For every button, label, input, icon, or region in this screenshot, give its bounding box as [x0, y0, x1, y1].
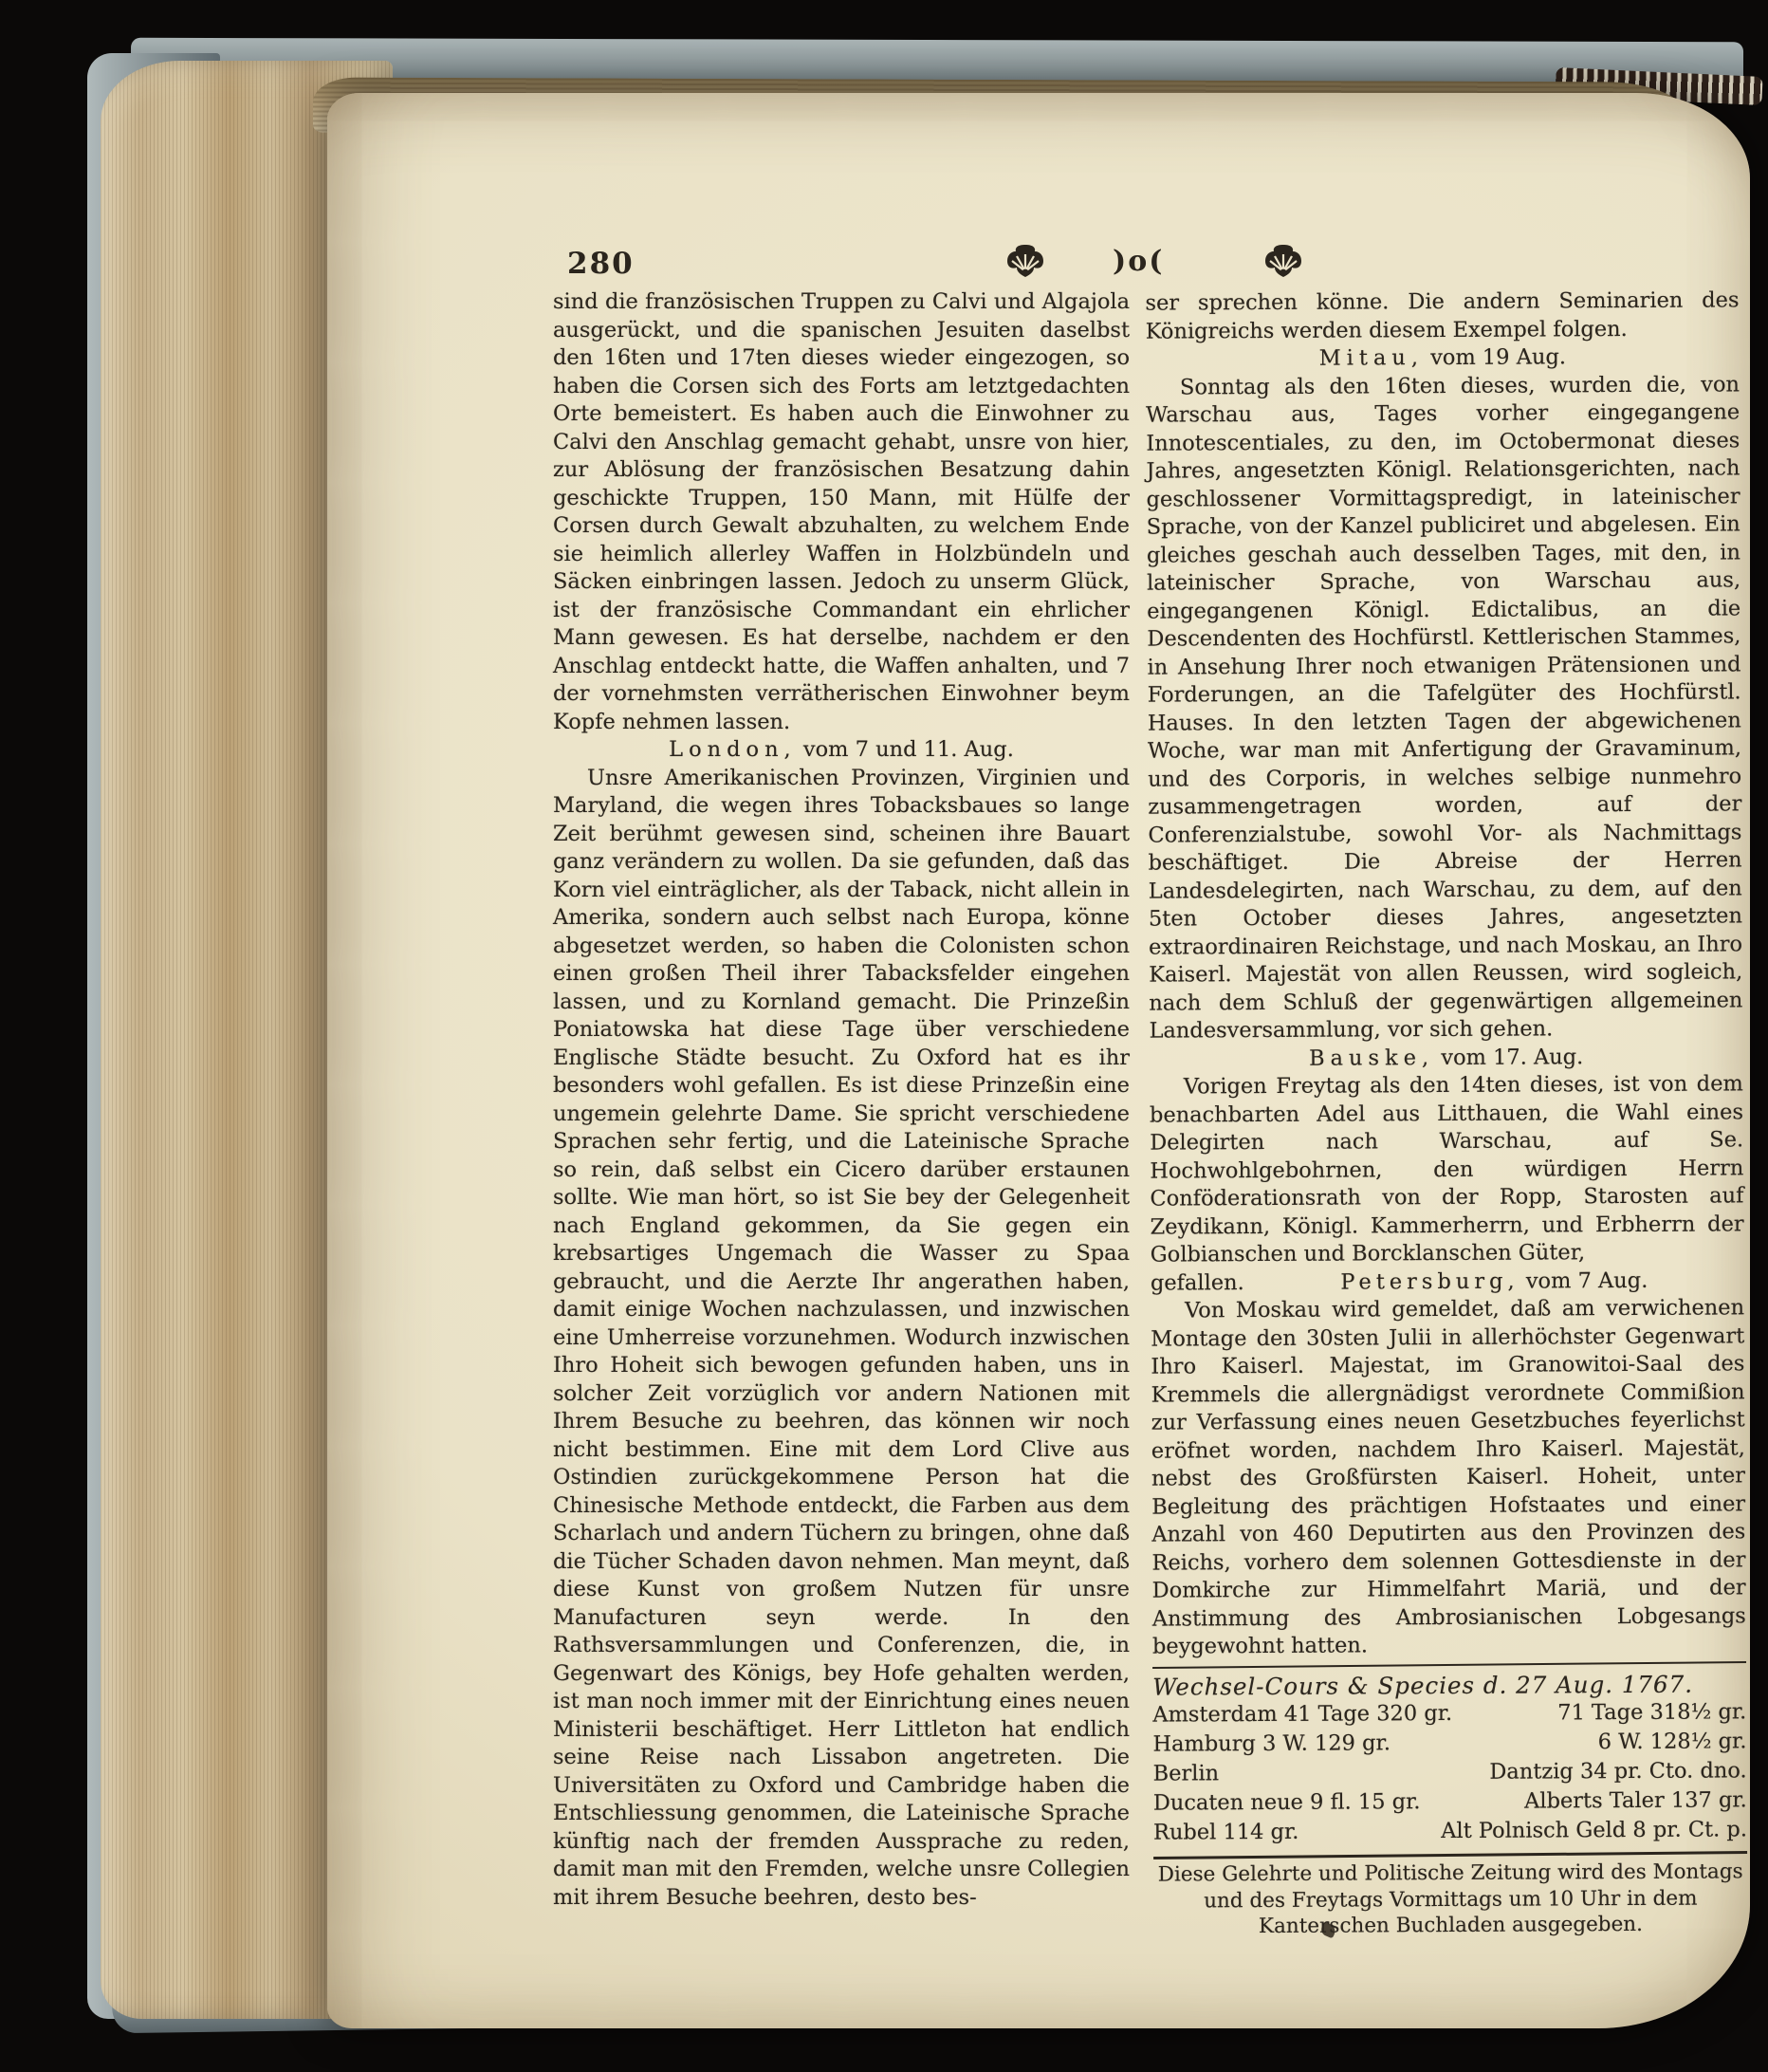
- table-row: Ducaten neue 9 fl. 15 gr.Alberts Taler 1…: [1153, 1785, 1747, 1818]
- table-cell: 6 W. 128½ gr.: [1598, 1727, 1747, 1757]
- table-cell: 71 Tage 318½ gr.: [1557, 1697, 1746, 1728]
- table-cell: Berlin: [1153, 1759, 1220, 1788]
- rule-below-exchange-table: [1153, 1851, 1747, 1859]
- dateline-petersburg: Petersburg, vom 7 Aug.: [1244, 1267, 1744, 1297]
- book-photo: { "colors": { "background": "#0b0908", "…: [0, 0, 1768, 2072]
- dateline-mitau: Mitau, vom 19 Aug.: [1146, 342, 1740, 374]
- article-london: Unsre Amerikanischen Provinzen, Virginie…: [553, 765, 1130, 1913]
- dateline-date: vom 7 und 11. Aug.: [803, 737, 1014, 762]
- article-mitau: Sonntag als den 16ten dieses, wurden die…: [1146, 371, 1743, 1045]
- fleuron-ornament-left-icon: [1004, 243, 1046, 279]
- page-number: 280: [567, 247, 635, 281]
- rule-above-exchange-table: [1152, 1660, 1746, 1668]
- dateline-date: vom 7 Aug.: [1526, 1267, 1648, 1293]
- table-cell: Rubel 114 gr.: [1153, 1818, 1299, 1848]
- table-row: Hamburg 3 W. 129 gr.6 W. 128½ gr.: [1152, 1727, 1746, 1759]
- signature-mark: )o(: [1113, 245, 1164, 278]
- dateline-date: vom 19 Aug.: [1430, 344, 1566, 370]
- table-cell: Ducaten neue 9 fl. 15 gr.: [1153, 1787, 1421, 1818]
- dateline-bauske: Bauske, vom 17. Aug.: [1150, 1043, 1743, 1074]
- text-column-right: ser sprechen könne. Die andern Seminarie…: [1145, 287, 1747, 1940]
- article-london-continuation: ser sprechen könne. Die andern Seminarie…: [1145, 287, 1739, 345]
- table-cell: Alt Polnisch Geld 8 pr. Ct. p.: [1441, 1815, 1747, 1846]
- article-bauske-last-word: gefallen.: [1151, 1269, 1244, 1298]
- exchange-table-title: Wechsel-Cours & Species d. 27 Aug. 1767.: [1152, 1670, 1746, 1701]
- dateline-place: Petersburg,: [1340, 1268, 1519, 1294]
- table-cell: Alberts Taler 137 gr.: [1524, 1785, 1747, 1816]
- dateline-date: vom 17. Aug.: [1441, 1045, 1583, 1070]
- book-page: 280 )o( sind die französischen Truppen z…: [327, 93, 1750, 2028]
- dateline-place: Bauske,: [1309, 1045, 1434, 1071]
- article-petersburg: Von Moskau wird gemeldet, daß am verwich…: [1151, 1294, 1746, 1661]
- fleuron-ornament-right-icon: [1262, 243, 1304, 279]
- dateline-place: London,: [669, 737, 797, 762]
- table-row: Amsterdam 41 Tage 320 gr.71 Tage 318½ gr…: [1152, 1697, 1746, 1730]
- table-cell: Hamburg 3 W. 129 gr.: [1152, 1729, 1390, 1759]
- dateline-place: Mitau,: [1319, 345, 1424, 371]
- article-bauske: Vorigen Freytag als den 14ten dieses, is…: [1150, 1070, 1744, 1269]
- table-cell: Amsterdam 41 Tage 320 gr.: [1152, 1699, 1452, 1730]
- table-row: Rubel 114 gr.Alt Polnisch Geld 8 pr. Ct.…: [1153, 1815, 1747, 1847]
- article-corsica-continuation: sind die französischen Truppen zu Calvi …: [553, 288, 1130, 736]
- table-row: BerlinDantzig 34 pr. Cto. dno.: [1153, 1756, 1747, 1788]
- exchange-table: Amsterdam 41 Tage 320 gr.71 Tage 318½ gr…: [1152, 1697, 1747, 1847]
- colophon: Diese Gelehrte und Politische Zeitung wi…: [1153, 1859, 1747, 1940]
- dateline-petersburg-row: gefallen. Petersburg, vom 7 Aug.: [1151, 1267, 1744, 1298]
- text-column-left: sind die französischen Truppen zu Calvi …: [553, 288, 1130, 1912]
- dateline-london: London, vom 7 und 11. Aug.: [553, 736, 1130, 765]
- table-cell: Dantzig 34 pr. Cto. dno.: [1489, 1756, 1746, 1786]
